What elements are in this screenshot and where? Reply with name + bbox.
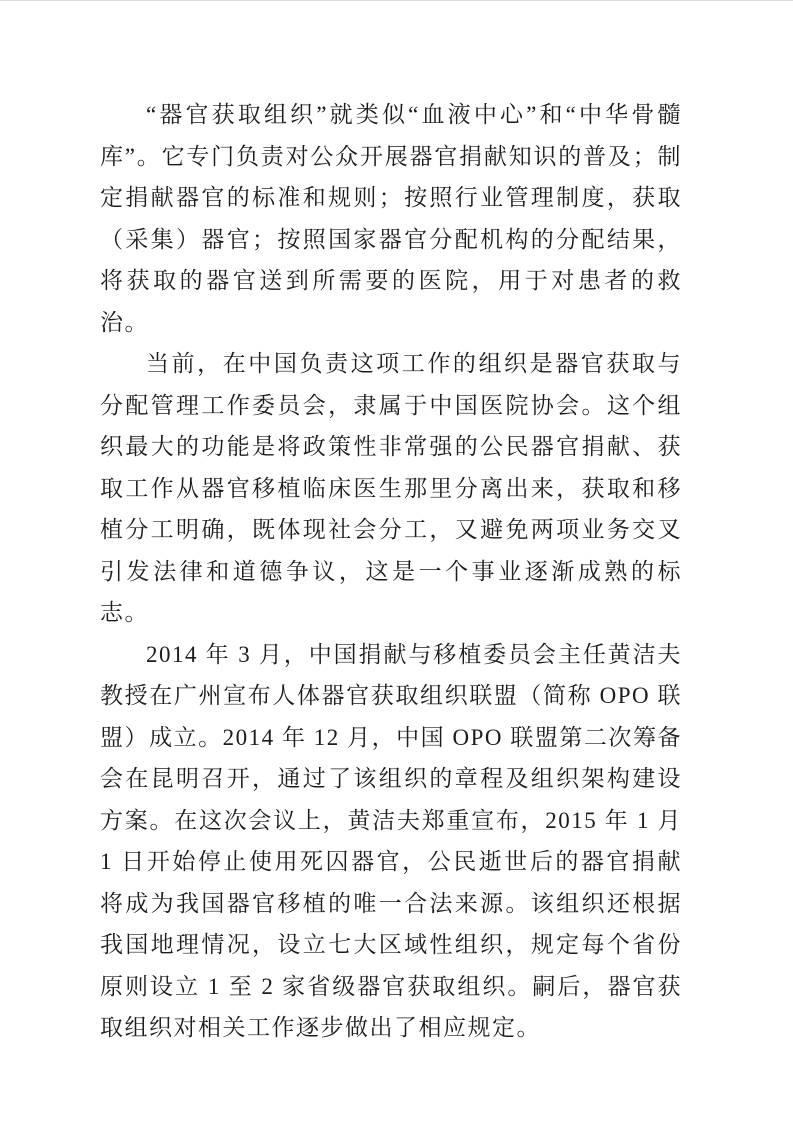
paragraph-opo-alliance-history: 2014 年 3 月，中国捐献与移植委员会主任黄洁夫教授在广州宣布人体器官获取组… <box>100 634 682 1049</box>
text-block: “器官获取组织”就类似“血液中心”和“中华骨髓库”。它专门负责对公众开展器官捐献… <box>100 94 682 1049</box>
paragraph-opo-definition: “器官获取组织”就类似“血液中心”和“中华骨髓库”。它专门负责对公众开展器官捐献… <box>100 94 682 343</box>
document-page: “器官获取组织”就类似“血液中心”和“中华骨髓库”。它专门负责对公众开展器官捐献… <box>0 1 793 1122</box>
paragraph-china-committee: 当前，在中国负责这项工作的组织是器官获取与分配管理工作委员会，隶属于中国医院协会… <box>100 343 682 634</box>
